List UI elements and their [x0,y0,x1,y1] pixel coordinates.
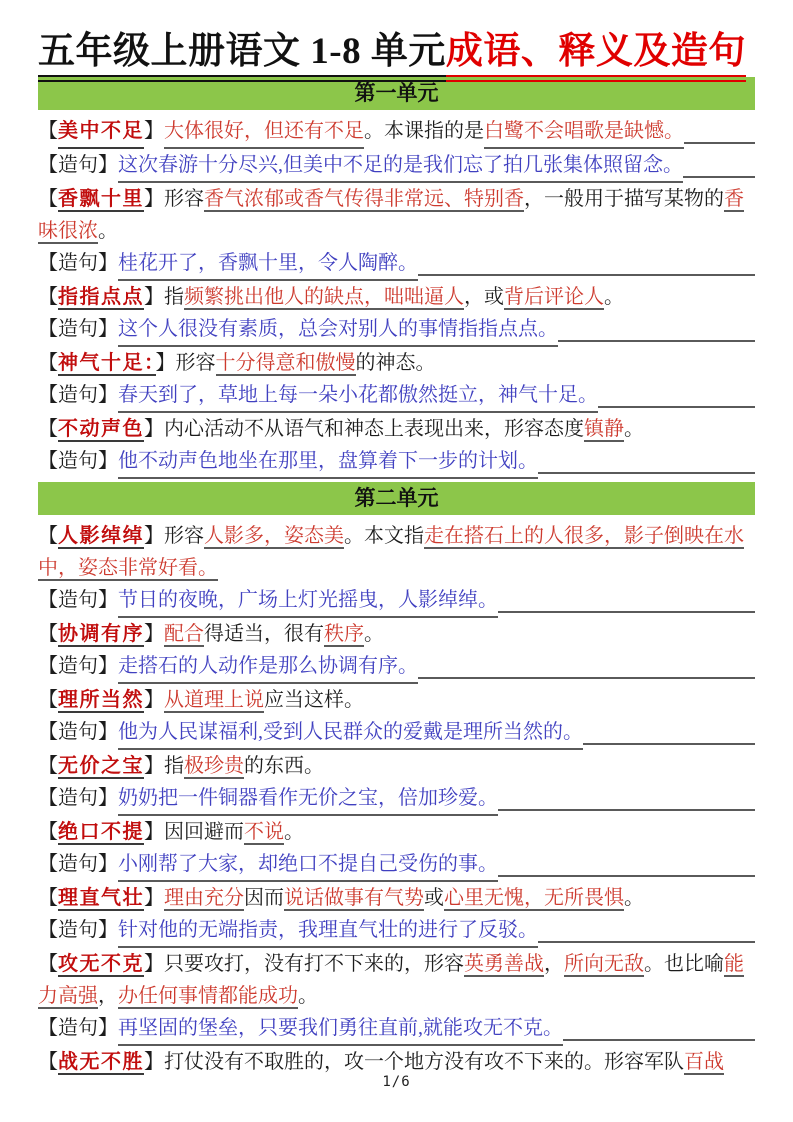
text-segment: 小刚帮了大家，却绝口不提自己受伤的事。 [118,848,498,882]
text-segment: 】 [144,689,164,711]
worksheet-page: { "title": { "black": "五年级上册语文 1-8 单元", … [0,0,793,1122]
sentence-example: 【造句】走搭石的人动作是那么协调有序。 [38,650,755,684]
text-segment: 所向无敌 [564,953,644,977]
text-segment: 。本文指 [344,525,424,547]
text-segment: 办任何事情都能成功 [118,985,298,1009]
idiom-definition: 【理所当然】从道理上说应当这样。 [38,684,755,716]
text-segment: 节日的夜晚，广场上灯光摇曳，人影绰绰。 [118,584,498,618]
text-segment: 【造句】 [38,914,118,946]
idiom-term: 香飘十里 [58,188,144,212]
text-segment: 【 [38,623,58,645]
text-segment: 【 [38,953,58,975]
text-segment: 。 [624,887,644,909]
text-segment: 【 [38,755,58,777]
sentence-example: 【造句】节日的夜晚，广场上灯光摇曳，人影绰绰。 [38,584,755,618]
sentence-example: 【造句】他为人民谋福利,受到人民群众的爱戴是理所当然的。 [38,716,755,750]
idiom-term: 攻无不克 [58,953,144,977]
text-segment: 说话做事有气势 [284,887,424,911]
idiom-definition: 【攻无不克】只要攻打，没有打不下来的，形容英勇善战，所向无敌。也比喻能力高强，办… [38,948,755,1012]
idiom-definition: 【不动声色】内心活动不从语气和神态上表现出来，形容态度镇静。 [38,413,755,445]
idiom-term: 无价之宝 [58,755,144,779]
text-segment: 大体很好，但还有不足 [164,115,364,149]
idiom-term: 理直气壮 [58,887,144,911]
text-segment: 【 [38,418,58,440]
text-segment: 奶奶把一件铜器看作无价之宝，倍加珍爱。 [118,782,498,816]
text-segment: 。也比喻 [644,953,724,975]
unit-header: 第二单元 [38,482,755,515]
text-segment: 】 [144,887,164,909]
text-segment: 背后评论人 [504,286,604,310]
rule-line [418,677,755,679]
text-segment: ，一般用于描写某物的 [524,188,724,210]
idiom-term: 协调有序 [58,623,144,647]
text-segment: 【 [38,115,58,147]
text-segment: 。 [624,418,644,440]
idiom-term: 美中不足 [58,115,144,149]
text-segment: 【造句】 [38,650,118,682]
sentence-example: 【造句】他不动声色地坐在那里，盘算着下一步的计划。 [38,445,755,479]
text-segment: 【造句】 [38,1012,118,1044]
sentence-example: 【造句】这个人很没有素质，总会对别人的事情指指点点。 [38,313,755,347]
rule-line [598,406,755,408]
text-segment: 【 [38,525,58,547]
text-segment: 】 [144,115,164,147]
text-segment: 【 [38,821,58,843]
text-segment: 应当这样。 [264,689,364,711]
text-segment: ， [98,985,118,1007]
rule-line [498,875,755,877]
text-segment: 】只要攻打，没有打不下来的，形容 [144,953,464,975]
text-segment: 或 [424,887,444,909]
text-segment: 】形容 [156,352,216,374]
text-segment: 人影多，姿态美 [204,525,344,549]
idiom-definition: 【美中不足】大体很好，但还有不足。本课指的是白鹭不会唱歌是缺憾。 [38,115,755,149]
text-segment: 【造句】 [38,379,118,411]
idiom-term: 绝口不提 [58,821,144,845]
idiom-definition: 【人影绰绰】形容人影多，姿态美。本文指走在搭石上的人很多，影子倒映在水中，姿态非… [38,520,755,584]
text-segment: 。 [98,220,118,242]
idiom-definition: 【神气十足：】形容十分得意和傲慢的神态。 [38,347,755,379]
text-segment: 英勇善战 [464,953,544,977]
text-segment: 【造句】 [38,716,118,748]
text-segment: 【造句】 [38,584,118,616]
text-segment: 桂花开了，香飘十里，令人陶醉。 [118,247,418,281]
text-segment: 。本课指的是 [364,115,484,147]
page-title-red: 成语、释义及造句 [446,31,746,82]
text-segment: 百战 [684,1051,724,1075]
text-segment: 】指 [144,755,184,777]
text-segment: 。 [604,286,624,308]
text-segment: 【造句】 [38,848,118,880]
idiom-definition: 【香飘十里】形容香气浓郁或香气传得非常远、特别香，一般用于描写某物的香味很浓。 [38,183,755,247]
text-segment: 【 [38,1051,58,1073]
text-segment: 【 [38,689,58,711]
text-segment: 【 [38,887,58,909]
text-segment: 】形容 [144,525,204,547]
idiom-definition: 【指指点点】指频繁挑出他人的缺点，咄咄逼人，或背后评论人。 [38,281,755,313]
text-segment: 春天到了，草地上每一朵小花都傲然挺立，神气十足。 [118,379,598,413]
rule-line [558,340,755,342]
text-segment: 心里无愧，无所畏惧 [444,887,624,911]
sentence-example: 【造句】再坚固的堡垒，只要我们勇往直前,就能攻无不克。 [38,1012,755,1046]
rule-line [563,1039,755,1041]
sentence-example: 【造句】奶奶把一件铜器看作无价之宝，倍加珍爱。 [38,782,755,816]
text-segment: 不说 [244,821,284,845]
text-segment: 】形容 [144,188,204,210]
text-segment: 他不动声色地坐在那里，盘算着下一步的计划。 [118,445,538,479]
idiom-term: 战无不胜 [58,1051,144,1075]
rule-line [538,472,755,474]
rule-line [683,176,755,178]
text-segment: 【造句】 [38,149,118,181]
text-segment: 镇静 [584,418,624,442]
text-segment: 极珍贵 [184,755,244,779]
text-segment: 针对他的无端指责，我理直气壮的进行了反驳。 [118,914,538,948]
rule-line [684,142,755,144]
text-segment: 的东西。 [244,755,324,777]
rule-line [418,274,755,276]
text-segment: 。 [284,821,304,843]
idiom-term: 指指点点 [58,286,144,310]
idiom-term: 不动声色 [58,418,144,442]
sentence-example: 【造句】这次春游十分尽兴,但美中不足的是我们忘了拍几张集体照留念。 [38,149,755,183]
text-segment: ，或 [464,286,504,308]
rule-line [538,941,755,943]
text-segment: 【 [38,188,58,210]
text-segment: 再坚固的堡垒，只要我们勇往直前,就能攻无不克。 [118,1012,563,1046]
text-segment: 十分得意和傲慢 [216,352,356,376]
text-segment: 他为人民谋福利,受到人民群众的爱戴是理所当然的。 [118,716,583,750]
text-segment: 】因回避而 [144,821,244,843]
document-body: 第一单元【美中不足】大体很好，但还有不足。本课指的是白鹭不会唱歌是缺憾。【造句】… [38,77,755,1078]
text-segment: 】指 [144,286,184,308]
text-segment: 配合 [164,623,204,647]
text-segment: 因而 [244,887,284,909]
text-segment: 走搭石的人动作是那么协调有序。 [118,650,418,684]
page-title: 五年级上册语文 1-8 单元成语、释义及造句 [38,20,755,74]
sentence-example: 【造句】桂花开了，香飘十里，令人陶醉。 [38,247,755,281]
text-segment: 【造句】 [38,782,118,814]
rule-line [583,743,755,745]
page-number: 1/6 [0,1074,793,1090]
idiom-term: 神气十足： [58,352,156,376]
text-segment: 】打仗没有不取胜的，攻一个地方没有攻不下来的。形容军队 [144,1051,684,1073]
text-segment: 。 [298,985,318,1007]
text-segment: 。 [364,623,384,645]
idiom-definition: 【理直气壮】理由充分因而说话做事有气势或心里无愧，无所畏惧。 [38,882,755,914]
text-segment: 【 [38,352,58,374]
page-title-black: 五年级上册语文 1-8 单元 [38,31,446,82]
idiom-term: 人影绰绰 [58,525,144,549]
rule-line [498,809,755,811]
text-segment: 白鹭不会唱歌是缺憾。 [484,115,684,149]
idiom-definition: 【无价之宝】指极珍贵的东西。 [38,750,755,782]
text-segment: 秩序 [324,623,364,647]
text-segment: 【造句】 [38,247,118,279]
text-segment: ， [544,953,564,975]
sentence-example: 【造句】针对他的无端指责，我理直气壮的进行了反驳。 [38,914,755,948]
sentence-example: 【造句】小刚帮了大家，却绝口不提自己受伤的事。 [38,848,755,882]
text-segment: 】 [144,623,164,645]
sentence-example: 【造句】春天到了，草地上每一朵小花都傲然挺立，神气十足。 [38,379,755,413]
text-segment: 香气浓郁或香气传得非常远、特别香 [204,188,524,212]
text-segment: 频繁挑出他人的缺点，咄咄逼人 [184,286,464,310]
text-segment: 这个人很没有素质，总会对别人的事情指指点点。 [118,313,558,347]
text-segment: 【造句】 [38,445,118,477]
idiom-definition: 【协调有序】配合得适当，很有秩序。 [38,618,755,650]
text-segment: 】内心活动不从语气和神态上表现出来，形容态度 [144,418,584,440]
idiom-definition: 【绝口不提】因回避而不说。 [38,816,755,848]
rule-line [498,611,755,613]
text-segment: 【 [38,286,58,308]
text-segment: 的神态。 [356,352,436,374]
idiom-term: 理所当然 [58,689,144,713]
text-segment: 理由充分 [164,887,244,911]
text-segment: 从道理上说 [164,689,264,713]
text-segment: 得适当，很有 [204,623,324,645]
text-segment: 【造句】 [38,313,118,345]
text-segment: 这次春游十分尽兴,但美中不足的是我们忘了拍几张集体照留念。 [118,149,683,183]
